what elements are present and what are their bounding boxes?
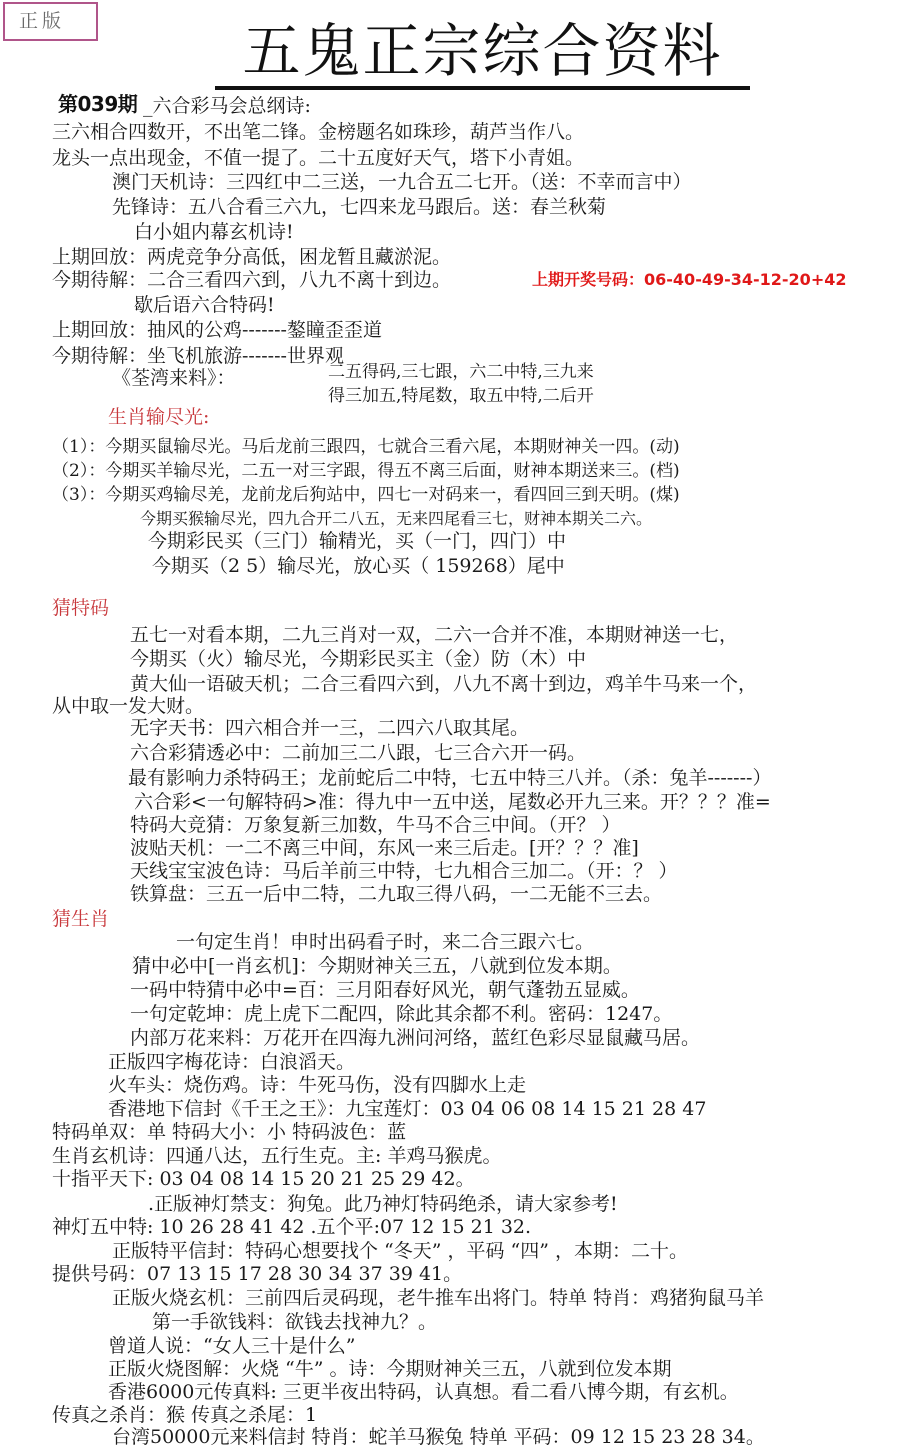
poem-line: 龙头一点出现金，不值一提了。二十五度好天气，塔下小青姐。 [52, 146, 584, 170]
guess-special-line: 特码大竞猜：万象复新三加数，牛马不合三中间。（开？ ） [130, 813, 621, 837]
poem-line: 今期待解：二合三看四六到，八九不离十到边。 [52, 268, 451, 292]
poem-line: 今期待解：坐飞机旅游-------世界观 [52, 344, 344, 368]
guess-special-line: 无字天书：四六相合并一三，二四六八取其尾。 [130, 716, 529, 740]
last-draw-numbers: 06-40-49-34-12-20+42 [644, 270, 846, 289]
guess-zodiac-line: 一句定乾坤：虎上虎下二配四，除此其余都不利。密码：1247。 [130, 1002, 672, 1026]
zodiac-lose-line: 今期彩民买（三门）输精光，买（一门，四门）中 [148, 529, 566, 553]
guess-zodiac-line: 生肖玄机诗：四通八达，五行生克。主: 羊鸡马猴虎。 [52, 1144, 501, 1168]
guess-zodiac-line: 香港6000元传真料: 三更半夜出特码，认真想。看二看八博今期，有玄机。 [108, 1380, 739, 1404]
guess-special-line: 黄大仙一语破天机；二合三看四六到，八九不离十到边，鸡羊牛马来一个， [130, 672, 757, 696]
guess-special-line: 天线宝宝波色诗：马后羊前三中特，七九相合三加二。（开：？ ） [130, 859, 678, 883]
section-heading-guess-zodiac: 猜生肖 [52, 907, 109, 931]
guess-zodiac-line: 正版火烧图解：火烧 “牛” 。诗：今期财神关三五，八就到位发本期 [108, 1357, 672, 1381]
guess-special-line: 今期买（火）输尽光，今期彩民买主（金）防（木）中 [130, 647, 586, 671]
guess-special-line: 最有影响力杀特码王；龙前蛇后二中特，七五中特三八并。（杀：兔羊-------） [128, 766, 771, 790]
poem-heading: _六合彩马会总纲诗: [143, 94, 311, 118]
guess-zodiac-line: 曾道人说：“女人三十是什么” [108, 1334, 355, 1358]
guess-zodiac-line: 香港地下信封《千王之王》：九宝莲灯：03 04 06 08 14 15 21 2… [108, 1097, 706, 1121]
zodiac-lose-line: （3）：今期买鸡输尽羌，龙前龙后狗站中，四七一对码来一，看四回三到天明。(煤) [52, 483, 680, 507]
section-heading-zodiac-lose: 生肖输尽光: [108, 405, 209, 429]
poem-line: 澳门天机诗：三四红中二三送，一九合五二七开。（送：不幸而言中） [112, 170, 692, 194]
guess-zodiac-line: 正版四字梅花诗：白浪滔天。 [108, 1050, 355, 1074]
guess-zodiac-line: 神灯五中特: 10 26 28 41 42 .五个平:07 12 15 21 3… [52, 1215, 531, 1239]
guess-zodiac-line: 火车头：烧伤鸡。诗：牛死马伤，没有四脚水上走 [108, 1073, 526, 1097]
last-draw-result: 上期开奖号码：06-40-49-34-12-20+42 [532, 267, 846, 290]
guess-zodiac-line: 第一手欲钱料：欲钱去找神九？。 [152, 1310, 437, 1334]
zodiac-lose-line: 今期买（2 5）输尽光，放心买（ 159268）尾中 [152, 554, 565, 578]
guess-special-line: 六合彩猜透必中：二前加三二八跟，七三合六开一码。 [130, 741, 586, 765]
section-heading-guess-special: 猜特码 [52, 596, 109, 620]
guess-zodiac-line: 特码单双：单 特码大小：小 特码波色：蓝 [52, 1120, 406, 1144]
zodiac-lose-line: （2）：今期买羊输尽光，二五一对三字跟，得五不离三后面，财神本期送来三。(档) [52, 459, 680, 483]
page-title: 五鬼正宗综合资料 [215, 18, 750, 90]
quanwan-line: 二五得码,三七跟，六二中特,三九来 [328, 360, 594, 384]
guess-zodiac-line: 正版特平信封：特码心想要找个 “冬天” ，平码 “四” ，本期：二十。 [112, 1239, 688, 1263]
guess-zodiac-line: 传真之杀肖：猴 传真之杀尾：1 [52, 1403, 317, 1427]
guess-zodiac-line: 十指平天下: 03 04 08 14 15 20 21 25 29 42。 [52, 1167, 475, 1191]
zodiac-lose-line: 今期买猴输尽光，四九合开二八五，无来四尾看三七，财神本期关二六。 [140, 507, 652, 531]
poem-line: 上期回放：两虎竞争分高低，困龙暂且藏淤泥。 [52, 245, 451, 269]
quanwan-line: 得三加五,特尾数，取五中特,二后开 [328, 384, 594, 408]
guess-zodiac-line: 内部万花来料：万花开在四海九洲问河络，蓝红色彩尽显鼠藏马居。 [130, 1026, 700, 1050]
guess-special-line: 六合彩<一句解特码>准：得九中一五中送，尾数必开九三来。开？？？准= [134, 790, 771, 814]
issue-number: 第039期 [58, 88, 137, 117]
guess-special-line: 铁算盘：三五一后中二特，二九取三得八码，一二无能不三去。 [130, 882, 662, 906]
guess-special-line: 波贴天机：一二不离三中间，东风一来三后走。[开？？？准] [130, 836, 639, 860]
quanwan-label: 《荃湾来料》： [112, 366, 236, 390]
poem-line: 上期回放：抽风的公鸡-------鏊瞳歪歪道 [52, 318, 382, 342]
guess-zodiac-line: 台湾50000元来料信封 特肖：蛇羊马猴兔 特单 平码：09 12 15 23 … [112, 1425, 765, 1445]
guess-zodiac-line: 提供号码：07 13 15 17 28 30 34 37 39 41。 [52, 1262, 462, 1286]
guess-zodiac-line: 正版火烧玄机：三前四后灵码现，老牛推车出将门。特单 特肖：鸡猪狗鼠马羊 [112, 1286, 764, 1310]
guess-special-line: 五七一对看本期，二九三肖对一双，二六一合并不准，本期财神送一七， [130, 623, 738, 647]
authentic-badge: 正版 [3, 2, 98, 41]
poem-line: 先锋诗：五八合看三六九，七四来龙马跟后。送：春兰秋菊 [112, 195, 606, 219]
guess-zodiac-line: 猜中必中[一肖玄机]：今期财神关三五，八就到位发本期。 [132, 954, 622, 978]
poem-line: 歇后语六合特码! [134, 293, 275, 317]
guess-zodiac-line: 一句定生肖！申时出码看子时，来二合三跟六七。 [176, 930, 594, 954]
guess-special-line: 从中取一发大财。 [52, 694, 204, 718]
poem-line: 三六相合四数开，不出笔二锋。金榜题名如珠珍，葫芦当作八。 [52, 120, 584, 144]
guess-zodiac-line: 一码中特猜中必中=百：三月阳春好风光，朝气蓬勃五显威。 [130, 978, 640, 1002]
last-draw-label: 上期开奖号码： [532, 270, 644, 289]
zodiac-lose-line: （1）：今期买鼠输尽光。马后龙前三跟四，七就合三看六尾，本期财神关一四。(动) [52, 435, 680, 459]
guess-zodiac-line: .正版神灯禁支：狗兔。此乃神灯特码绝杀，请大家参考! [148, 1192, 618, 1216]
poem-line: 白小姐内幕玄机诗! [134, 220, 294, 244]
